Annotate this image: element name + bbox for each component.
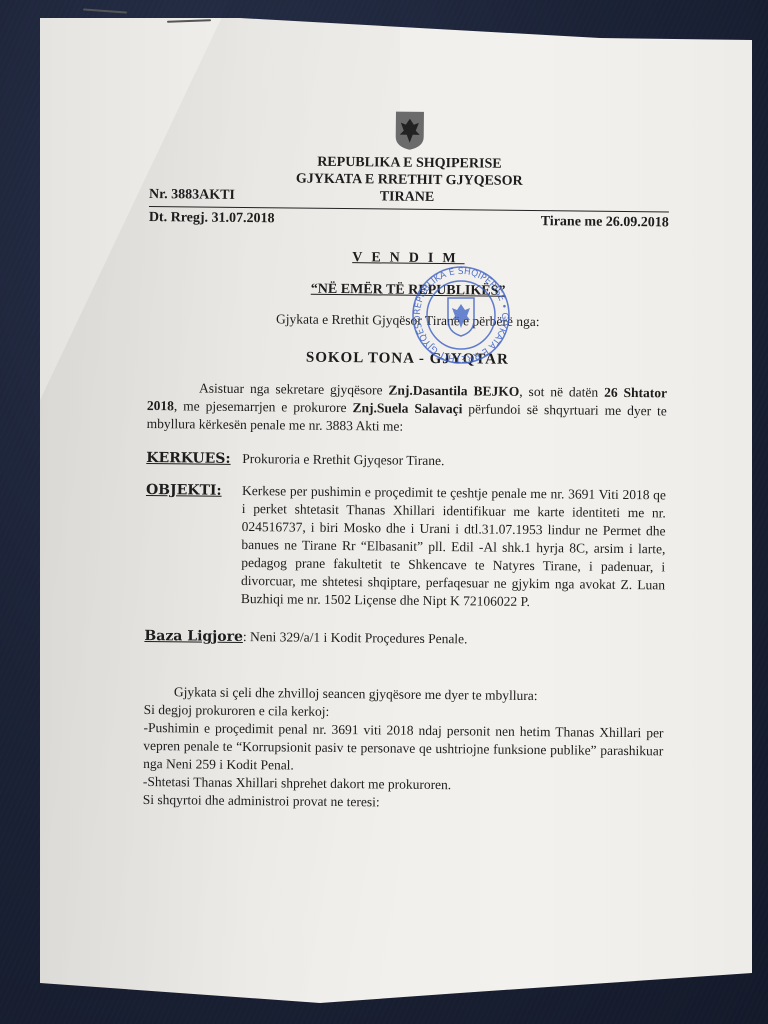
objekti-row: OBJEKTI: Kerkese per pushimin e proçedim… [145, 481, 666, 612]
baza-value: : Neni 329/a/1 i Kodit Proçedures Penale… [243, 629, 468, 646]
intro-text: , me pjesemarrjen e prokurore [174, 398, 353, 415]
composition-intro: Gjykata e Rrethit Gjyqësor Tiranë e përb… [148, 309, 668, 332]
kerkues-value: Prokuroria e Rrethit Gjyqesor Tirane. [242, 450, 444, 470]
header-dates-row: Dt. Rregj. 31.07.2018 Tirane me 26.09.20… [149, 209, 669, 232]
header-city: TIRANE [235, 187, 579, 209]
intro-text: , sot në datën [519, 384, 604, 400]
kerkues-label: KERKUES: [146, 449, 242, 468]
secretary-name: Znj.Dasantila BEJKO [388, 383, 519, 399]
document-content: REPUBLIKA E SHQIPERISE GJYKATA E RRETHIT… [143, 108, 670, 814]
baza-label: Baza Ligjore [144, 628, 243, 645]
baza-row: Baza Ligjore: Neni 329/a/1 i Kodit Proçe… [144, 627, 664, 650]
intro-paragraph: Asistuar nga sekretare gjyqësore Znj.Das… [147, 379, 668, 438]
document-title: VENDIM [148, 247, 668, 270]
registration-date: Dt. Rregj. 31.07.2018 [149, 209, 275, 228]
body-line: -Pushimin e proçedimit penal nr. 3691 vi… [143, 719, 664, 778]
prosecutor-name: Znj.Suela Salavaçi [352, 400, 462, 416]
albanian-coat-of-arms-icon [395, 111, 425, 151]
kerkues-row: KERKUES: Prokuroria e Rrethit Gjyqesor T… [146, 449, 666, 472]
document-subtitle: “NË EMËR TË REPUBLIKËS” [148, 279, 668, 302]
objekti-label: OBJEKTI: [145, 481, 242, 608]
judge-name: SOKOL TONA - GJYQTAR [147, 347, 667, 370]
place-date: Tirane me 26.09.2018 [541, 213, 669, 232]
intro-text: Asistuar nga sekretare gjyqësore [199, 381, 389, 398]
objekti-value: Kerkese per pushimin e proçedimit te çes… [241, 482, 666, 612]
case-number: Nr. 3883AKTI [149, 186, 235, 205]
